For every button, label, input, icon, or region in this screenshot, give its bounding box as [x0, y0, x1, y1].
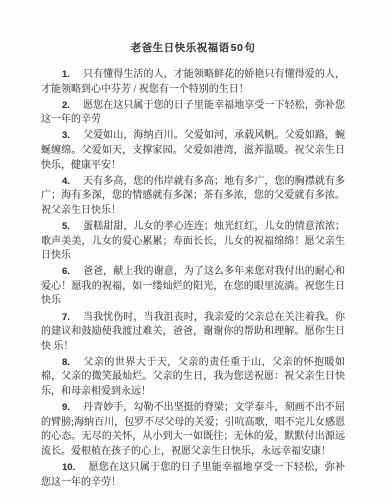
- item-number: 1.: [62, 69, 70, 80]
- list-item: 2.愿您在这只属于您的日子里能幸福地享受一下轻松，弥补您这一年的辛劳: [41, 99, 345, 128]
- list-item: 7.当我忧伤时，当我沮丧时，我亲爱的父亲总在关注着我。你的建议和鼓励使我渡过难关…: [41, 311, 345, 355]
- item-text: 天有多高，您的伟岸就有多高；地有多广，您的胸襟就有多广；海有多深，您的情感就有多…: [41, 176, 345, 216]
- item-number: 4.: [62, 176, 70, 187]
- item-text: 爸爸，献上我的谢意，为了这么多年来您对我付出的耐心和爱心！愿我的祝福，如一缕灿烂…: [41, 266, 345, 306]
- item-number: 6.: [62, 266, 70, 277]
- item-text: 父亲的世界大于天，父亲的责任重于山，父亲的怀抱暖如棉，父亲的微笑最灿烂。父亲的生…: [41, 357, 345, 397]
- item-number: 5.: [62, 221, 70, 232]
- item-text: 当我忧伤时，当我沮丧时，我亲爱的父亲总在关注着我。你的建议和鼓励使我渡过难关，爸…: [41, 312, 345, 352]
- title-text: 老爸生日快乐祝福语: [131, 43, 230, 54]
- item-number: 8.: [62, 357, 70, 368]
- list-item: 4.天有多高，您的伟岸就有多高；地有多广，您的胸襟就有多广；海有多深，您的情感就…: [41, 175, 345, 219]
- item-number: 2.: [62, 100, 70, 111]
- wish-list: 1.只有懂得生活的人，才能领略鲜花的娇艳只有懂得爱的人，才能领略到心中芬芳 / …: [41, 68, 345, 490]
- item-number: 10.: [62, 462, 75, 473]
- list-item: 1.只有懂得生活的人，才能领略鲜花的娇艳只有懂得爱的人，才能领略到心中芬芳 / …: [41, 68, 345, 97]
- page-title: 老爸生日快乐祝福语50句: [41, 40, 345, 55]
- item-text: 丹青妙手，勾勒不出坚挺的脊梁；文学泰斗，刻画不出不屈的臂膀;海纳百川，包罗不尽父…: [41, 402, 345, 457]
- list-item: 8.父亲的世界大于天，父亲的责任重于山，父亲的怀抱暖如棉，父亲的微笑最灿烂。父亲…: [41, 356, 345, 400]
- item-number: 7.: [62, 312, 70, 323]
- list-item: 6.爸爸，献上我的谢意，为了这么多年来您对我付出的耐心和爱心！愿我的祝福，如一缕…: [41, 265, 345, 309]
- list-item: 10.愿您在这只属于您的日子里能幸福地享受一下轻松，弥补您这一年的辛劳！: [41, 461, 345, 490]
- document-page: 老爸生日快乐祝福语50句 1.只有懂得生活的人，才能领略鲜花的娇艳只有懂得爱的人…: [0, 0, 386, 500]
- item-number: 3.: [62, 130, 70, 141]
- list-item: 3.父爱如山，海纳百川。父爱如河，承载风帆。父爱如路，蜿蜒缠绵。父爱如天，支撑家…: [41, 129, 345, 173]
- item-number: 9.: [62, 402, 70, 413]
- item-text: 只有懂得生活的人，才能领略鲜花的娇艳只有懂得爱的人，才能领略到心中芬芳 / 祝您…: [41, 69, 345, 95]
- list-item: 9.丹青妙手，勾勒不出坚挺的脊梁；文学泰斗，刻画不出不屈的臂膀;海纳百川，包罗不…: [41, 401, 345, 459]
- item-text: 愿您在这只属于您的日子里能幸福地享受一下轻松，弥补您这一年的辛劳！: [41, 462, 345, 488]
- item-text: 愿您在这只属于您的日子里能幸福地享受一下轻松，弥补您这一年的辛劳: [41, 100, 345, 126]
- list-item: 5.蛋糕甜甜，儿女的孝心连连；烛光红红，儿女的情意浓浓；歌声美美，儿女的爱心累累…: [41, 220, 345, 264]
- item-text: 父爱如山，海纳百川。父爱如河，承载风帆。父爱如路，蜿蜒缠绵。父爱如天，支撑家园。…: [41, 130, 345, 170]
- title-suffix: 句: [244, 43, 255, 54]
- title-count: 50: [230, 42, 245, 54]
- item-text: 蛋糕甜甜，儿女的孝心连连；烛光红红，儿女的情意浓浓；歌声美美，儿女的爱心累累；寿…: [41, 221, 345, 261]
